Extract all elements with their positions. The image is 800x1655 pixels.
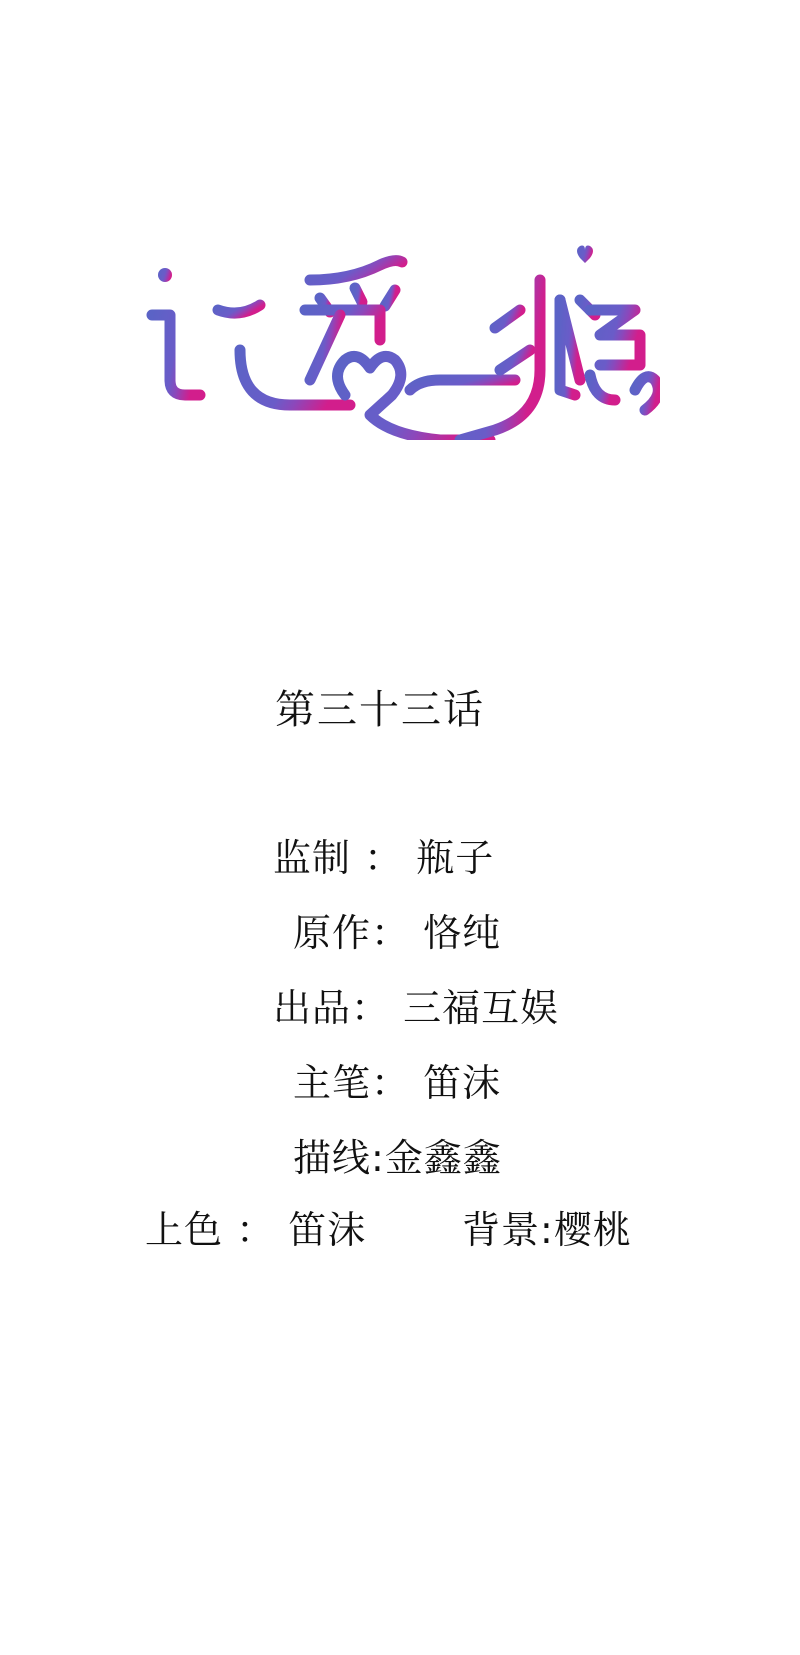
credit-role: 描线 [293,1136,371,1180]
credit-name: 三福互娱 [403,986,559,1030]
chapter-title: 第三十三话 [275,688,485,732]
credit-role: 背景 [462,1208,540,1252]
credit-role: 主笔 [293,1061,371,1105]
credit-name: 樱桃 [554,1208,632,1252]
credit-separator: : [371,1136,385,1180]
comic-title-page: 谋爱上瘾 [0,0,800,1655]
credit-name: 瓶子 [416,836,494,880]
credit-role: 出品 [273,986,351,1030]
credit-role: 上色 [145,1208,223,1252]
credit-role: 监制 [273,836,351,880]
credit-name: 笛沫 [423,1061,501,1105]
logo-artwork-icon [140,240,660,440]
credit-separator: ： [351,836,416,880]
credit-name: 笛沫 [288,1208,366,1252]
credit-supervisor: 监制 ： 瓶子 [273,836,494,880]
credit-separator: ： [351,986,403,1030]
credit-separator: : [540,1208,554,1252]
credit-lead-artist: 主笔： 笛沫 [293,1061,501,1105]
credit-producer: 出品： 三福互娱 [273,986,559,1030]
credit-background: 背景:樱桃 [462,1208,632,1252]
series-logo: 谋爱上瘾 [140,240,660,440]
credit-line-art: 描线:金鑫鑫 [293,1136,502,1180]
credit-role: 原作 [293,911,371,955]
credit-separator: ： [371,1061,423,1105]
credit-name: 恪纯 [423,911,501,955]
credit-name: 金鑫鑫 [385,1136,502,1180]
credit-original-author: 原作： 恪纯 [293,911,501,955]
credit-separator: ： [223,1208,288,1252]
credit-coloring: 上色 ： 笛沫 [145,1208,366,1252]
credit-separator: ： [371,911,423,955]
